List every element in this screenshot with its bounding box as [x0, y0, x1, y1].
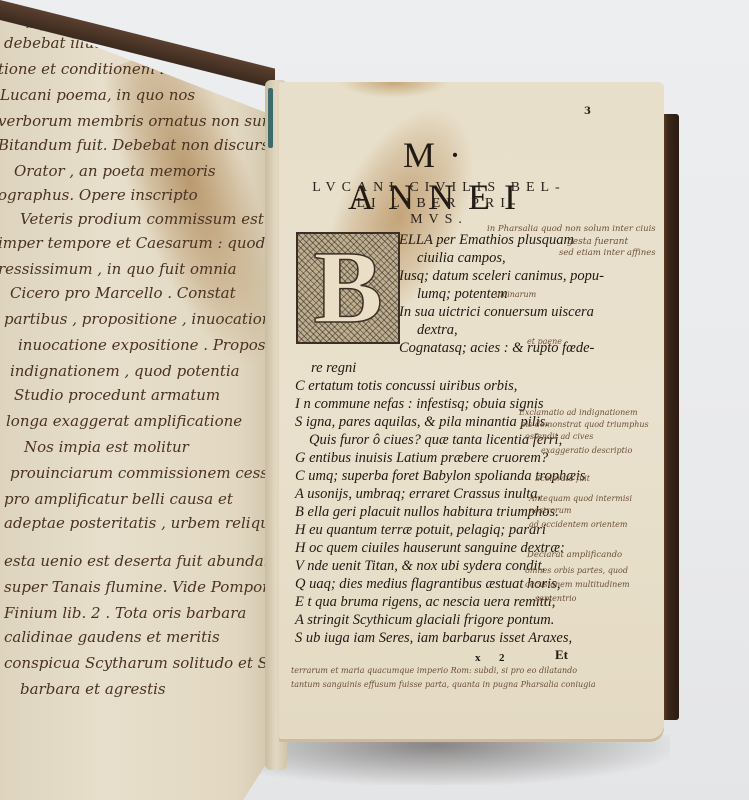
- verse-line: H eu quantum terræ potuit, pelagiq; para…: [295, 522, 546, 539]
- signature-mark: 2: [499, 650, 505, 667]
- book-photo: inquit debebat illud poema quod et delib…: [0, 0, 749, 800]
- verse-line: E t qua bruma rigens, ac nescia uera rem…: [295, 594, 555, 611]
- verse-line: S igna, pares aquilas, & pila minantia p…: [295, 414, 549, 431]
- verse-line: In sua uictrici conuersum uiscera: [399, 304, 594, 321]
- verse-line: H oc quem ciuiles hauserunt sanguine dex…: [295, 540, 565, 557]
- decorated-initial: B: [296, 232, 400, 344]
- verse-line: B ella geri placuit nullos habitura triu…: [295, 504, 559, 521]
- margin-note: gesta fuerant: [567, 237, 628, 247]
- margin-note: eis demonstrat quod triumphus: [521, 420, 649, 429]
- manuscript-line: imper tempore et Caesarum : quod est: [0, 234, 293, 252]
- verse-line: A usonijs, umbraq; erraret Crassus inult…: [295, 486, 541, 503]
- margin-note: uicinarum: [495, 290, 536, 299]
- margin-note: omnes orbis partes, quod: [525, 566, 628, 575]
- verse-line: S ub iuga iam Seres, iam barbarus isset …: [295, 630, 572, 647]
- folio-number: 3: [584, 106, 591, 117]
- signature-mark: x: [475, 650, 481, 667]
- verse-line: V nde uenit Titan, & nox ubi sydera cond…: [295, 558, 545, 575]
- verse-line: ciuilia campos,: [417, 250, 506, 267]
- verse-line: G entibus inuisis Latium præbere cruorem…: [295, 450, 548, 467]
- manuscript-line: barbara et agrestis: [20, 680, 166, 698]
- margin-note: occasionem multitudinem: [525, 580, 630, 589]
- verse-line: dextra,: [417, 322, 458, 339]
- right-page: 3 M· ANNEI LVCANI CIVILIS BEL- LI LIBER …: [279, 82, 664, 742]
- margin-note: et paene: [527, 337, 562, 346]
- manuscript-line: verborum membris ornatus non sunt: [0, 112, 277, 130]
- verse-line: re regni: [311, 360, 356, 377]
- margin-note: Declarat amplificando: [527, 550, 622, 560]
- manuscript-line: ographus. Opere inscripto: [0, 186, 198, 204]
- margin-note: in Pharsalia quod non solum inter ciuis: [487, 224, 656, 234]
- margin-note: Scelerata fuit: [535, 474, 590, 483]
- title-subline: LVCANI CIVILIS BEL-: [309, 180, 569, 196]
- manuscript-line: pro amplificatur belli causa et: [4, 490, 233, 508]
- catchword: Et: [555, 646, 568, 663]
- title-subline: LI LIBER PRI-: [309, 196, 569, 212]
- margin-note: ostendit ad cives: [525, 432, 593, 441]
- manuscript-line: Orator , an poeta memoris: [14, 162, 216, 180]
- manuscript-line: indignationem , quod potentia: [10, 362, 240, 380]
- manuscript-line: ressissimum , in quo fuit omnia: [0, 260, 237, 278]
- manuscript-line: Nos impia est molitur: [24, 438, 189, 456]
- left-page: inquit debebat illud poema quod et delib…: [0, 6, 280, 800]
- margin-note: sed etiam inter affines: [559, 248, 656, 258]
- manuscript-line: tione et conditionem in historia. Consul…: [0, 60, 334, 78]
- margin-note: ad occidentem orientem: [529, 520, 627, 529]
- verse-line: ELLA per Emathios plusquam: [399, 232, 574, 249]
- margin-note: exaggeratio descriptio: [541, 446, 632, 455]
- manuscript-line: Cicero pro Marcello . Constat: [10, 284, 236, 302]
- verse-line: A stringit Scythicum glaciali frigore po…: [295, 612, 554, 629]
- manuscript-line: super Tanais flumine. Vide Pomponium: [4, 578, 301, 596]
- manuscript-line: partibus , propositione , inuocatione: [4, 310, 280, 328]
- margin-note: tantum sanguinis effusum fuisse parta, q…: [291, 680, 596, 689]
- manuscript-line: inuocatione expositione . Propositio: [18, 336, 290, 354]
- verse-line: C ertatum totis concussi uiribus orbis,: [295, 378, 517, 395]
- manuscript-line: Finium lib. 2 . Tota oris barbara: [4, 604, 246, 622]
- margin-note: Exclamatio ad indignationem: [519, 408, 638, 417]
- verse-line: Q uaq; dies medius flagrantibus æstuat h…: [295, 576, 560, 593]
- manuscript-line: longa exaggerat amplificatione: [6, 412, 242, 430]
- margin-note: terrarum et maria quacumque imperio Rom:…: [291, 666, 577, 675]
- manuscript-line: Lucani poema, in quo nos: [0, 86, 195, 104]
- manuscript-line: Bitandum fuit. Debebat non discursus: [0, 136, 287, 154]
- verse-line: I n commune nefas : infestisq; obuia sig…: [295, 396, 544, 413]
- margin-note: nostrorum: [529, 506, 572, 515]
- verse-line: Iusq; datum sceleri canimus, popu-: [399, 268, 604, 285]
- manuscript-line: esta uenio est deserta fuit abundans: [4, 552, 281, 570]
- manuscript-line: calidinae gaudens et meritis: [4, 628, 220, 646]
- verse-line: Cognatasq; acies : & rupto fœde-: [399, 340, 594, 357]
- margin-note: septentrio: [535, 594, 576, 603]
- manuscript-line: adeptae posteritatis , urbem reliquit: [4, 514, 281, 532]
- initial-letter: B: [313, 236, 382, 340]
- binding-thread: [268, 88, 273, 148]
- manuscript-line: Studio procedunt armatum: [14, 386, 220, 404]
- margin-note: Antequam quod intermisi: [529, 494, 632, 503]
